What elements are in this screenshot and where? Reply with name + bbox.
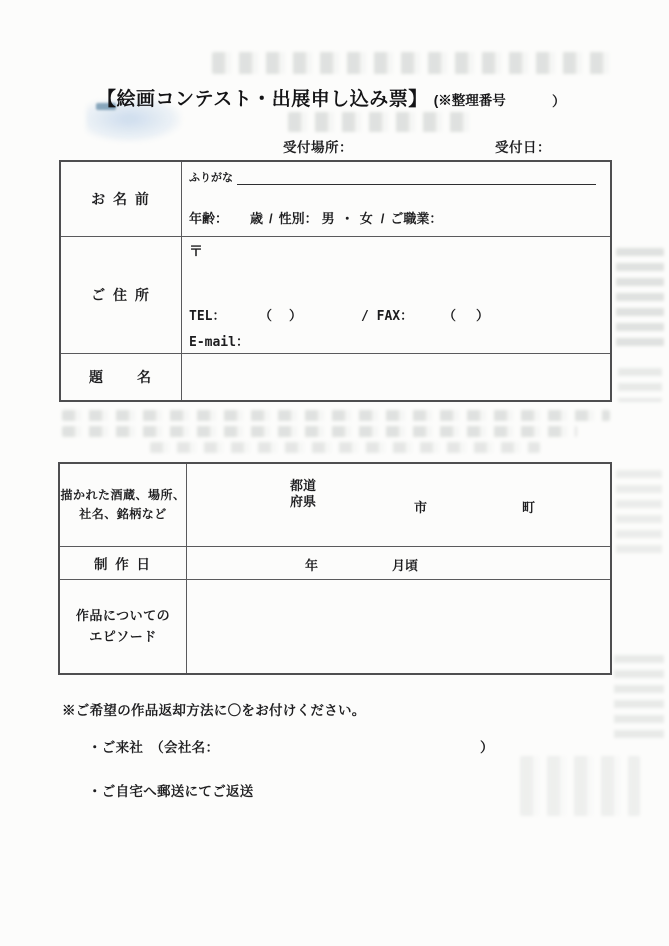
- form-title-row: 【絵画コンテスト・出展申し込み票】(※整理番号: [97, 84, 506, 111]
- tel-paren-open: （: [259, 305, 272, 324]
- gender-label: 性別：: [279, 211, 318, 226]
- bleedthrough-artifact: [62, 426, 577, 437]
- bleedthrough-artifact: [520, 756, 640, 816]
- episode-row-label: 作品についての エピソード: [60, 580, 187, 673]
- year-suffix: 年: [305, 555, 318, 574]
- bleedthrough-artifact: [616, 248, 664, 353]
- prefecture-suffix-line1: 都道: [290, 478, 316, 494]
- town-suffix: 町: [522, 497, 535, 516]
- brewery-row-field: 都道 府県 市 町: [187, 464, 610, 547]
- episode-label-line2: エピソード: [76, 627, 170, 647]
- city-suffix: 市: [414, 497, 427, 516]
- address-row-label: ご 住 所: [61, 237, 182, 354]
- bleedthrough-artifact: [616, 470, 662, 560]
- prefecture-suffix: 都道 府県: [290, 478, 316, 509]
- postal-code-mark: 〒: [189, 241, 203, 261]
- bleedthrough-artifact: [618, 368, 662, 402]
- bleedthrough-artifact: [288, 112, 473, 132]
- gender-male-option: 男: [322, 211, 335, 226]
- return-option-visit-close-paren: ）: [480, 736, 494, 756]
- production-date-row-label: 制 作 日: [60, 547, 187, 580]
- bleedthrough-artifact: [62, 410, 610, 421]
- fax-paren-open: （: [443, 305, 456, 324]
- address-row-field: 〒 TEL： （ ） / FAX： （ ） E-mail：: [182, 237, 610, 354]
- furigana-label: ふりがな: [189, 169, 233, 185]
- prefecture-suffix-line2: 府県: [290, 494, 316, 510]
- work-title-row-field: [182, 354, 610, 400]
- applicant-table: お 名 前 ふりがな 年齢：歳/性別：男・女/ご職業： ご 住 所 〒 TEL：…: [59, 160, 612, 402]
- furigana-write-line: [237, 171, 596, 185]
- name-row-field: ふりがな 年齢：歳/性別：男・女/ご職業：: [182, 162, 610, 237]
- fax-paren-close: ）: [476, 305, 489, 324]
- return-option-mail: ・ご自宅へ郵送にてご返送: [88, 780, 254, 800]
- age-label: 年齢：: [189, 211, 228, 226]
- tel-paren-close: ）: [289, 305, 302, 324]
- month-approx-suffix: 月頃: [392, 555, 418, 574]
- form-title: 【絵画コンテスト・出展申し込み票】: [97, 89, 428, 110]
- episode-label-line1: 作品についての: [76, 606, 170, 626]
- furigana-line: ふりがな: [182, 162, 610, 185]
- separator-slash: /: [269, 211, 273, 226]
- fax-label: / FAX：: [361, 305, 413, 324]
- gender-female-option: 女: [360, 211, 373, 226]
- work-title-row-label: 題 名: [61, 354, 182, 400]
- return-method-heading: ※ご希望の作品返却方法に〇をお付けください。: [62, 699, 366, 719]
- reference-number-label: (※整理番号: [434, 93, 506, 108]
- bleedthrough-artifact: [212, 52, 612, 74]
- name-row-label: お 名 前: [61, 162, 182, 237]
- separator-slash: /: [381, 211, 385, 226]
- brewery-label-line1: 描かれた酒蔵、場所、: [60, 486, 185, 505]
- age-unit-label: 歳: [250, 211, 263, 226]
- reception-place-label: 受付場所：: [283, 136, 353, 156]
- work-table: 描かれた酒蔵、場所、 社名、銘柄など 都道 府県 市 町 制 作 日 年 月頃 …: [58, 462, 612, 675]
- reception-date-label: 受付日：: [495, 136, 551, 156]
- brewery-label-line2: 社名、銘柄など: [60, 505, 185, 524]
- brewery-row-label: 描かれた酒蔵、場所、 社名、銘柄など: [60, 464, 187, 547]
- episode-row-field: [187, 580, 610, 673]
- tel-label: TEL：: [189, 305, 225, 324]
- email-label: E-mail：: [189, 331, 249, 350]
- return-option-visit: ・ご来社 （会社名：: [88, 736, 219, 756]
- reference-number-close-paren: ）: [552, 90, 566, 110]
- occupation-label: ご職業：: [390, 211, 442, 226]
- bleedthrough-artifact: [150, 442, 540, 453]
- tel-fax-line: TEL： （ ） / FAX： （ ）: [182, 305, 610, 323]
- gender-separator-dot: ・: [341, 211, 354, 226]
- bleedthrough-artifact: [614, 655, 664, 745]
- production-date-row-field: 年 月頃: [187, 547, 610, 580]
- age-gender-occupation-line: 年齢：歳/性別：男・女/ご職業：: [189, 208, 442, 227]
